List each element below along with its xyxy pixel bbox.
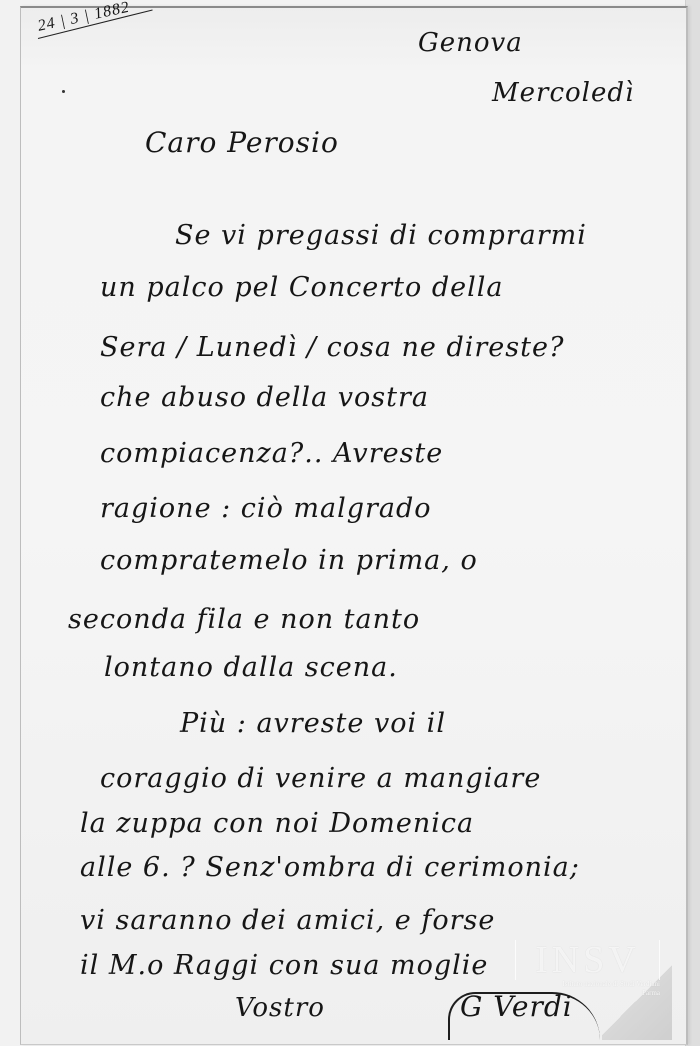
body-line: compratemelo in prima, o [100, 545, 478, 576]
letter-weekday: Mercoledì [492, 78, 634, 108]
closing: Vostro [235, 993, 325, 1023]
watermark-caption: Istituto nazionale di Studi Verdiani [515, 980, 660, 989]
body-line: un palco pel Concerto della [100, 272, 503, 303]
body-line: seconda fila e non tanto [68, 604, 420, 635]
body-line: coraggio di venire a mangiare [100, 763, 541, 794]
salutation: Caro Perosio [145, 126, 339, 159]
body-line: ragione : ciò malgrado [100, 493, 432, 524]
body-line: compiacenza?.. Avreste [100, 438, 443, 469]
letter-place: Genova [418, 28, 523, 58]
body-line: la zuppa con noi Domenica [80, 808, 474, 839]
body-line: alle 6. ? Senz'ombra di cerimonia; [80, 852, 580, 883]
body-line: che abuso della vostra [100, 382, 429, 413]
body-line: Sera / Lunedì / cosa ne direste? [100, 332, 564, 363]
body-line: lontano dalla scena. [104, 652, 398, 683]
archive-watermark: INSV Istituto nazionale di Studi Verdian… [515, 940, 660, 998]
body-line: Più : avreste voi il [180, 708, 446, 739]
body-line: Se vi pregassi di comprarmi [175, 220, 587, 251]
watermark-logo: INSV [515, 940, 660, 980]
watermark-caption-city: Parma [515, 989, 660, 998]
ink-dot [62, 90, 65, 93]
letter-sheet [20, 6, 688, 1045]
body-line: il M.o Raggi con sua moglie [80, 950, 488, 981]
body-line: vi saranno dei amici, e forse [80, 905, 495, 936]
